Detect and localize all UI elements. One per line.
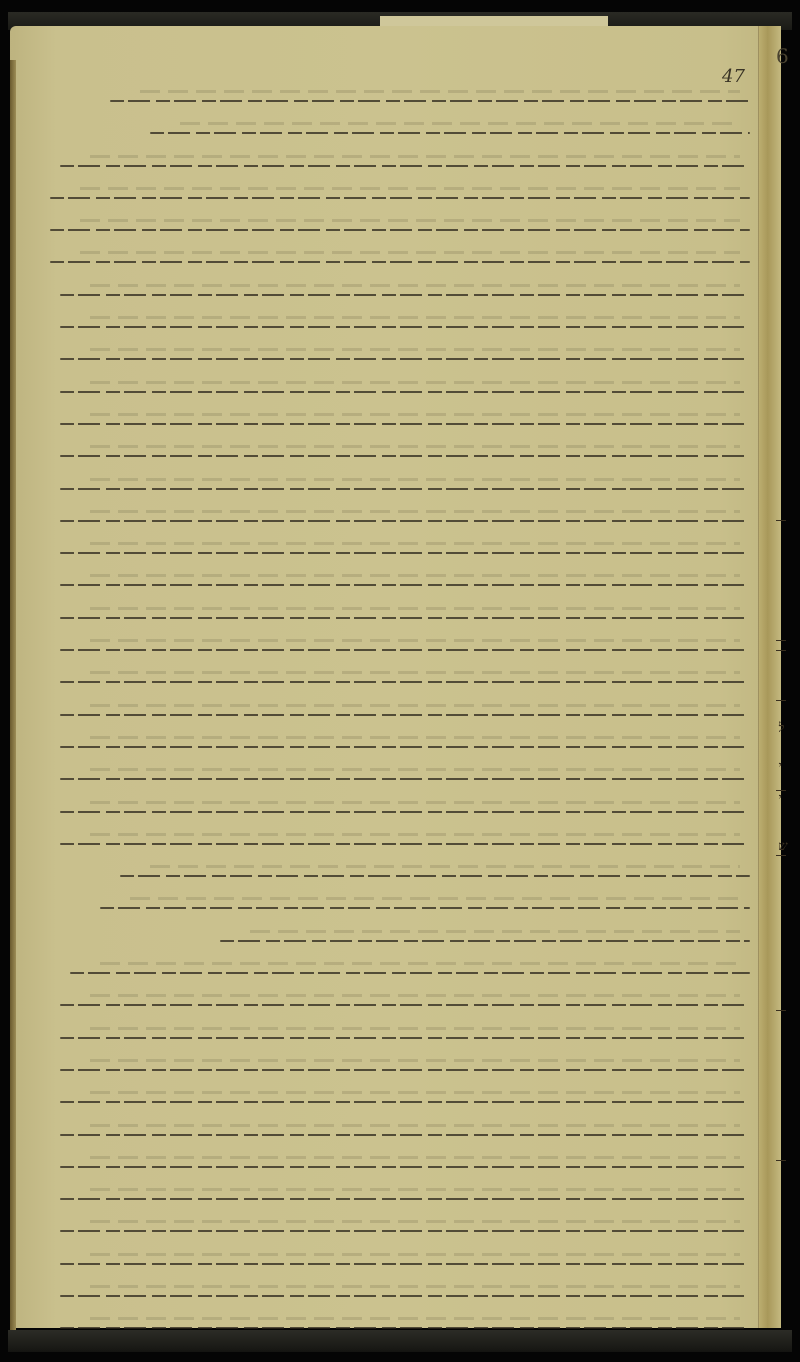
ink-stroke bbox=[60, 681, 750, 683]
show-through-ink bbox=[90, 1091, 740, 1094]
ink-stroke bbox=[60, 455, 750, 457]
handwritten-line bbox=[40, 1251, 750, 1283]
show-through-ink bbox=[130, 897, 740, 900]
ink-stroke bbox=[60, 552, 750, 554]
margin-tick bbox=[776, 855, 786, 856]
show-through-ink bbox=[90, 284, 740, 287]
handwritten-line bbox=[40, 1218, 750, 1250]
handwritten-line bbox=[40, 669, 750, 701]
show-through-ink bbox=[90, 445, 740, 448]
ink-stroke bbox=[60, 584, 750, 586]
ink-stroke bbox=[60, 1069, 750, 1071]
handwritten-line bbox=[40, 185, 750, 217]
ink-stroke bbox=[60, 714, 750, 716]
ink-stroke bbox=[60, 1037, 750, 1039]
show-through-ink bbox=[90, 801, 740, 804]
ink-stroke bbox=[70, 972, 750, 974]
ink-stroke bbox=[220, 940, 750, 942]
show-through-ink bbox=[150, 865, 740, 868]
show-through-ink bbox=[90, 704, 740, 707]
handwritten-line bbox=[40, 928, 750, 960]
show-through-ink bbox=[80, 187, 740, 190]
show-through-ink bbox=[90, 381, 740, 384]
handwritten-line bbox=[40, 540, 750, 572]
ink-stroke bbox=[110, 100, 750, 102]
margin-tick bbox=[776, 520, 786, 521]
ink-stroke bbox=[60, 778, 750, 780]
ink-stroke bbox=[50, 261, 750, 263]
handwritten-line bbox=[40, 217, 750, 249]
page-right-fold bbox=[758, 26, 781, 1328]
margin-tick bbox=[776, 700, 786, 701]
handwritten-line bbox=[40, 799, 750, 831]
show-through-ink bbox=[90, 1188, 740, 1191]
ink-stroke bbox=[60, 746, 750, 748]
ink-stroke bbox=[60, 649, 750, 651]
ink-stroke bbox=[50, 229, 750, 231]
handwritten-line bbox=[40, 153, 750, 185]
handwritten-line bbox=[40, 960, 750, 992]
page-number: 47 bbox=[722, 66, 745, 87]
margin-tick bbox=[776, 1010, 786, 1011]
show-through-ink bbox=[90, 1253, 740, 1256]
folio-number: 6 bbox=[776, 44, 789, 68]
handwritten-line bbox=[40, 476, 750, 508]
ink-stroke bbox=[60, 358, 750, 360]
ink-stroke bbox=[60, 391, 750, 393]
handwritten-line bbox=[40, 88, 750, 120]
show-through-ink bbox=[90, 1317, 740, 1320]
show-through-ink bbox=[90, 768, 740, 771]
handwritten-line bbox=[40, 1283, 750, 1315]
show-through-ink bbox=[90, 639, 740, 642]
ink-stroke bbox=[60, 1263, 750, 1265]
ink-stroke bbox=[60, 1166, 750, 1168]
show-through-ink bbox=[90, 994, 740, 997]
handwritten-line bbox=[40, 831, 750, 863]
margin-mark: י bbox=[778, 790, 781, 806]
handwritten-line bbox=[40, 1057, 750, 1089]
ink-stroke bbox=[60, 811, 750, 813]
show-through-ink bbox=[90, 1156, 740, 1159]
ink-stroke bbox=[60, 294, 750, 296]
ink-stroke bbox=[60, 520, 750, 522]
show-through-ink bbox=[90, 1285, 740, 1288]
show-through-ink bbox=[90, 413, 740, 416]
ink-stroke bbox=[60, 488, 750, 490]
handwritten-line bbox=[40, 766, 750, 798]
ink-stroke bbox=[60, 1198, 750, 1200]
handwritten-line bbox=[40, 1154, 750, 1186]
show-through-ink bbox=[180, 122, 740, 125]
handwritten-line bbox=[40, 411, 750, 443]
show-through-ink bbox=[80, 219, 740, 222]
handwritten-line bbox=[40, 314, 750, 346]
handwritten-text-block bbox=[40, 88, 750, 1348]
show-through-ink bbox=[90, 478, 740, 481]
show-through-ink bbox=[90, 607, 740, 610]
show-through-ink bbox=[90, 1059, 740, 1062]
show-through-ink bbox=[100, 962, 740, 965]
handwritten-line bbox=[40, 992, 750, 1024]
handwritten-line bbox=[40, 572, 750, 604]
handwritten-line bbox=[40, 443, 750, 475]
ink-stroke bbox=[60, 423, 750, 425]
ink-stroke bbox=[60, 1295, 750, 1297]
handwritten-line bbox=[40, 637, 750, 669]
book-binding-bottom bbox=[8, 1330, 792, 1352]
handwritten-line bbox=[40, 282, 750, 314]
handwritten-line bbox=[40, 895, 750, 927]
margin-mark: י bbox=[778, 758, 781, 774]
handwritten-line bbox=[40, 346, 750, 378]
show-through-ink bbox=[90, 671, 740, 674]
show-through-ink bbox=[90, 1124, 740, 1127]
show-through-ink bbox=[90, 574, 740, 577]
show-through-ink bbox=[90, 833, 740, 836]
margin-tick bbox=[776, 640, 786, 641]
ink-stroke bbox=[60, 326, 750, 328]
handwritten-line bbox=[40, 1025, 750, 1057]
handwritten-line bbox=[40, 1089, 750, 1121]
show-through-ink bbox=[90, 1027, 740, 1030]
ink-stroke bbox=[60, 617, 750, 619]
show-through-ink bbox=[90, 736, 740, 739]
margin-tick bbox=[776, 650, 786, 651]
ink-stroke bbox=[60, 1327, 750, 1329]
ink-stroke bbox=[120, 875, 750, 877]
handwritten-line bbox=[40, 734, 750, 766]
ink-stroke bbox=[60, 1004, 750, 1006]
ink-stroke bbox=[60, 1134, 750, 1136]
handwritten-line bbox=[40, 508, 750, 540]
show-through-ink bbox=[80, 251, 740, 254]
show-through-ink bbox=[90, 510, 740, 513]
show-through-ink bbox=[90, 316, 740, 319]
handwritten-line bbox=[40, 379, 750, 411]
ink-stroke bbox=[150, 132, 750, 134]
ink-stroke bbox=[60, 1101, 750, 1103]
show-through-ink bbox=[90, 542, 740, 545]
handwritten-line bbox=[40, 863, 750, 895]
ink-stroke bbox=[50, 197, 750, 199]
margin-mark: ש bbox=[778, 838, 787, 854]
handwritten-line bbox=[40, 249, 750, 281]
ink-stroke bbox=[100, 907, 750, 909]
page-left-edge bbox=[10, 60, 16, 1330]
handwritten-line bbox=[40, 1186, 750, 1218]
show-through-ink bbox=[90, 155, 740, 158]
show-through-ink bbox=[250, 930, 740, 933]
ink-stroke bbox=[60, 1230, 750, 1232]
show-through-ink bbox=[90, 348, 740, 351]
handwritten-line bbox=[40, 120, 750, 152]
handwritten-line bbox=[40, 702, 750, 734]
show-through-ink bbox=[90, 1220, 740, 1223]
handwritten-line bbox=[40, 1122, 750, 1154]
show-through-ink bbox=[140, 90, 740, 93]
ink-stroke bbox=[60, 165, 750, 167]
margin-tick bbox=[776, 1160, 786, 1161]
handwritten-line bbox=[40, 605, 750, 637]
margin-mark: ל bbox=[778, 720, 784, 736]
ink-stroke bbox=[60, 843, 750, 845]
